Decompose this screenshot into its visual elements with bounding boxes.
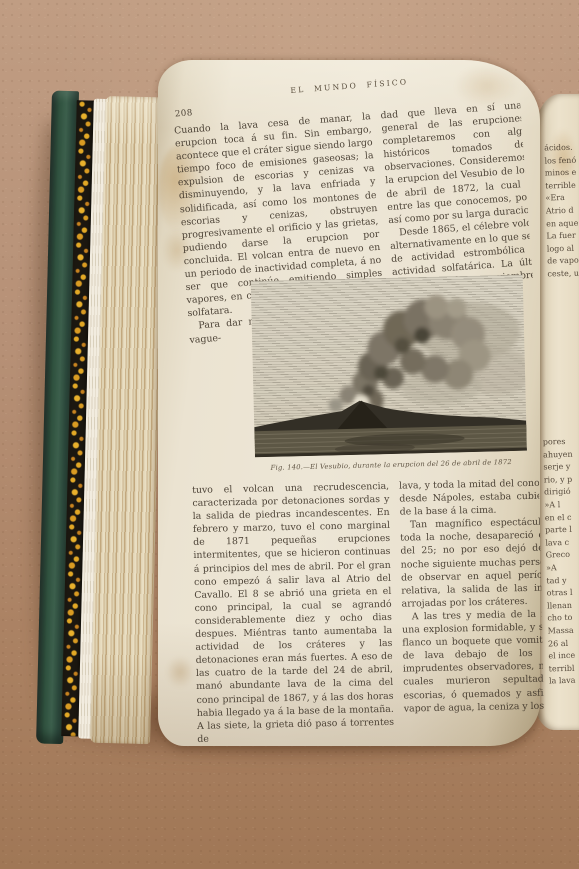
book-left-side	[36, 91, 166, 749]
engraving-art	[251, 275, 527, 458]
next-page-text-fragments-top: ácidos. los fenó minos e terrible «Era A…	[544, 142, 579, 293]
page-number: 208	[175, 108, 194, 119]
paragraph: A las tres y media de la mañana hubo una…	[402, 606, 545, 715]
page-bottom-content: tuvo el volcan una recrudescencia, carac…	[192, 476, 557, 745]
paragraph: tuvo el volcan una recrudescencia, carac…	[192, 480, 394, 746]
paragraph: lava, y toda la mitad del cono grande, v…	[399, 477, 544, 519]
running-head: EL MUNDO FÍSICO	[172, 69, 528, 104]
figure-caption: Fig. 140.—El Vesubio, durante la erupcio…	[254, 458, 528, 473]
two-column-text-bottom: tuvo el volcan una recrudescencia, carac…	[192, 476, 557, 745]
vesuvius-eruption-engraving	[251, 275, 527, 458]
foxing-stain	[166, 656, 194, 688]
photo-of-open-book: ácidos. los fenó minos e terrible «Era A…	[0, 0, 579, 869]
paragraph: dad que lleva en sí una descripcion gene…	[380, 99, 536, 227]
paragraph: Tan magnífico espectáculo, que duró toda…	[400, 515, 545, 611]
open-book-page: EL MUNDO FÍSICO 208 Cuando la lava cesa …	[158, 60, 540, 746]
right-column: lava, y toda la mitad del cono grande, v…	[399, 477, 544, 742]
left-column: tuvo el volcan una recrudescencia, carac…	[192, 480, 394, 746]
right-column-clipped-text: lava, y toda la mitad del cono grande, v…	[399, 477, 544, 716]
figure-block: Fig. 140.—El Vesubio, durante la erupcio…	[250, 275, 529, 473]
